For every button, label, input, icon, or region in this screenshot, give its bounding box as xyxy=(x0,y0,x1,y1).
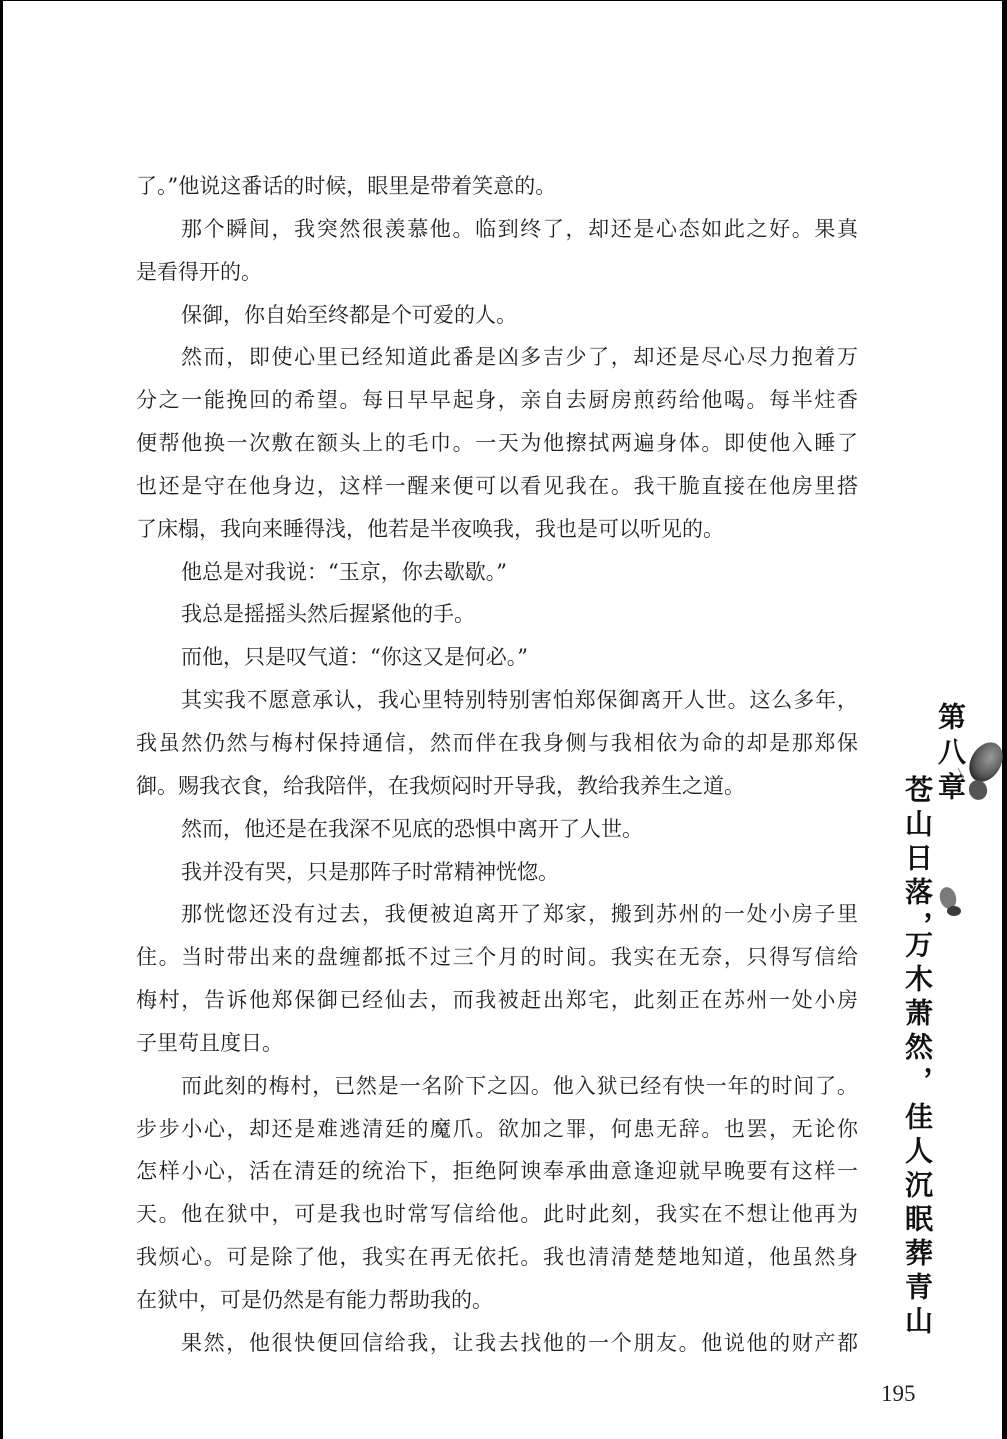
text-line: 我虽然仍然与梅村保持通信，然而伴在我身侧与我相依为命的却是那郑保 xyxy=(136,722,858,765)
text-line: 御。赐我衣食，给我陪伴，在我烦闷时开导我，教给我养生之道。 xyxy=(136,765,858,808)
text-line: 子里苟且度日。 xyxy=(136,1022,858,1065)
page-number: 195 xyxy=(881,1381,916,1407)
text-line: 天。他在狱中，可是我也时常写信给他。此时此刻，我实在不想让他再为 xyxy=(136,1193,858,1236)
text-line: 在狱中，可是仍然是有能力帮助我的。 xyxy=(136,1279,858,1322)
text-line: 步步小心，却还是难逃清廷的魔爪。欲加之罪，何患无辞。也罢，无论你 xyxy=(136,1108,858,1151)
text-line: 我并没有哭，只是那阵子时常精神恍惚。 xyxy=(136,851,858,894)
text-line: 其实我不愿意承认，我心里特别特别害怕郑保御离开人世。这么多年， xyxy=(136,679,858,722)
text-line: 而此刻的梅村，已然是一名阶下之囚。他入狱已经有快一年的时间了。 xyxy=(136,1065,858,1108)
butterfly-icon xyxy=(958,738,1004,804)
text-line: 也还是守在他身边，这样一醒来便可以看见我在。我干脆直接在他房里搭 xyxy=(136,465,858,508)
text-line: 我总是摇摇头然后握紧他的手。 xyxy=(136,593,858,636)
text-line: 是看得开的。 xyxy=(136,251,858,294)
text-line: 那个瞬间，我突然很羡慕他。临到终了，却还是心态如此之好。果真 xyxy=(136,208,858,251)
butterfly-icon xyxy=(936,886,964,918)
text-line: 果然，他很快便回信给我，让我去找他的一个朋友。他说他的财产都 xyxy=(136,1322,858,1365)
chapter-title-segment: 苍山日落， xyxy=(897,775,937,945)
text-line: 便帮他换一次敷在额头上的毛巾。一天为他擦拭两遍身体。即使他入睡了 xyxy=(136,422,858,465)
body-text: 了。”他说这番话的时候，眼里是带着笑意的。 那个瞬间，我突然很羡慕他。临到终了，… xyxy=(136,165,858,1365)
text-line: 分之一能挽回的希望。每日早早起身，亲自去厨房煎药给他喝。每半炷香 xyxy=(136,379,858,422)
text-line: 怎样小心，活在清廷的统治下，拒绝阿谀奉承曲意逢迎就早晚要有这样一 xyxy=(136,1150,858,1193)
chapter-title-segment: 万木萧然， xyxy=(897,930,937,1100)
text-line: 了床榻，我向来睡得浅，他若是半夜唤我，我也是可以听见的。 xyxy=(136,508,858,551)
page-edge-right xyxy=(1002,0,1007,1439)
chapter-title-segment: 佳人沉眠葬青山 xyxy=(897,1102,937,1340)
text-line: 保御，你自始至终都是个可爱的人。 xyxy=(136,294,858,337)
page-edge-top xyxy=(0,0,1007,1)
text-line: 而他，只是叹气道：“你这又是何必。” xyxy=(136,636,858,679)
text-line: 梅村，告诉他郑保御已经仙去，而我被赶出郑宅，此刻正在苏州一处小房 xyxy=(136,979,858,1022)
text-line: 了。”他说这番话的时候，眼里是带着笑意的。 xyxy=(136,165,858,208)
text-line: 那恍惚还没有过去，我便被迫离开了郑家，搬到苏州的一处小房子里 xyxy=(136,893,858,936)
page-edge-left xyxy=(0,0,3,1439)
text-line: 他总是对我说：“玉京，你去歇歇。” xyxy=(136,551,858,594)
text-line: 然而，他还是在我深不见底的恐惧中离开了人世。 xyxy=(136,808,858,851)
text-line: 然而，即使心里已经知道此番是凶多吉少了，却还是尽心尽力抱着万 xyxy=(136,336,858,379)
text-line: 我烦心。可是除了他，我实在再无依托。我也清清楚楚地知道，他虽然身 xyxy=(136,1236,858,1279)
text-line: 住。当时带出来的盘缠都抵不过三个月的时间。我实在无奈，只得写信给 xyxy=(136,936,858,979)
